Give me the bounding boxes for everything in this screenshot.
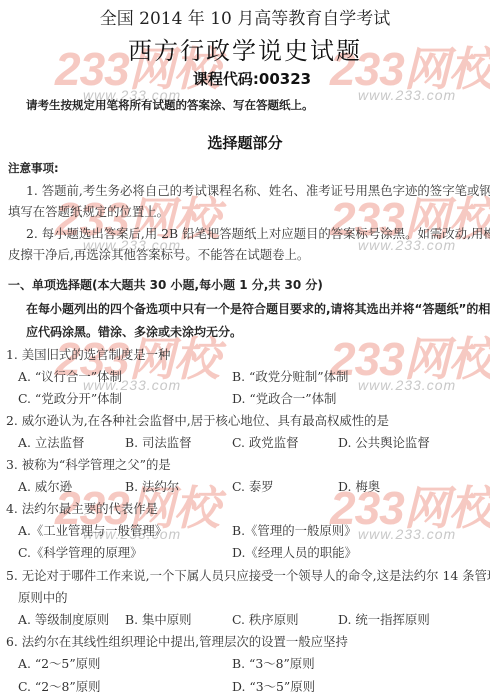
question-3-stem: 3. 被称为“科学管理之父”的是	[6, 455, 171, 473]
question-5-option-d: D. 统一指挥原则	[338, 610, 430, 628]
note-2-line-2: 皮擦干净后,再选涂其他答案标号。不能答在试题卷上。	[8, 245, 309, 263]
question-6-stem: 6. 法约尔在其线性组织理论中提出,管理层次的设置一般应坚持	[6, 632, 348, 650]
question-4-option-d: D.《经理人员的职能》	[232, 543, 357, 561]
question-6-option-b: B. “3～8”原则	[232, 654, 315, 672]
note-1-line-2: 填写在答题纸规定的位置上。	[8, 202, 169, 220]
exam-session-line: 全国 2014 年 10 月高等教育自学考试	[0, 4, 490, 29]
question-2-option-d: D. 公共舆论监督	[338, 433, 430, 451]
question-1-option-b: B. “政党分赃制”体制	[232, 367, 348, 385]
part-one-heading: 一、单项选择题(本大题共 30 小题,每小题 1 分,共 30 分)	[8, 276, 323, 293]
question-4-option-c: C.《科学管理的原理》	[18, 543, 143, 561]
exam-paper-page: 233网校 www.233.com 233网校 www.233.com 233网…	[0, 0, 490, 700]
question-1-option-d: D. “党政合一”体制	[232, 389, 336, 407]
question-5-option-c: C. 秩序原则	[232, 610, 298, 628]
question-4-option-b: B.《管理的一般原则》	[232, 521, 357, 539]
question-3-option-b: B. 法约尔	[125, 477, 179, 495]
question-2-stem: 2. 威尔逊认为,在各种社会监督中,居于核心地位、具有最高权威性的是	[6, 411, 389, 429]
question-3-option-d: D. 梅奥	[338, 477, 380, 495]
note-1-line-1: 1. 答题前,考生务必将自己的考试课程名称、姓名、准考证号用黑色字迹的签字笔或钢…	[26, 181, 490, 199]
paper-title: 西方行政学说史试题	[0, 31, 490, 66]
question-2-option-a: A. 立法监督	[18, 433, 84, 451]
question-2-option-c: C. 政党监督	[232, 433, 298, 451]
question-1-option-a: A. “议行合一”体制	[18, 367, 122, 385]
section-title: 选择题部分	[0, 132, 490, 153]
question-4-stem: 4. 法约尔最主要的代表作是	[6, 499, 158, 517]
question-5-stem-continued: 原则中的	[18, 588, 68, 606]
question-5-option-b: B. 集中原则	[125, 610, 192, 628]
part-one-directions-line-1: 在每小题列出的四个备选项中只有一个是符合题目要求的,请将其选出并将“答题纸”的相	[26, 300, 490, 317]
question-6-option-a: A. “2～5”原则	[18, 654, 100, 672]
question-2-option-b: B. 司法监督	[125, 433, 192, 451]
question-6-option-c: C. “2～8”原则	[18, 677, 101, 695]
course-code: 课程代码:00323	[0, 68, 490, 89]
question-4-option-a: A.《工业管理与一般管理》	[18, 521, 167, 539]
question-3-option-c: C. 泰罗	[232, 477, 274, 495]
part-one-directions-line-2: 应代码涂黑。错涂、多涂或未涂均无分。	[26, 323, 242, 340]
notes-heading: 注意事项:	[8, 160, 59, 176]
answer-instruction: 请考生按规定用笔将所有试题的答案涂、写在答题纸上。	[26, 97, 314, 113]
note-2-line-1: 2. 每小题选出答案后,用 2B 铅笔把答题纸上对应题目的答案标号涂黑。如需改动…	[26, 224, 490, 242]
question-5-option-a: A. 等级制度原则	[18, 610, 109, 628]
question-1-option-c: C. “党政分开”体制	[18, 389, 122, 407]
question-1-stem: 1. 美国旧式的选官制度是一种	[6, 345, 170, 363]
question-6-option-d: D. “3～5”原则	[232, 677, 315, 695]
question-3-option-a: A. 威尔逊	[18, 477, 72, 495]
watermark: 233网校 www.233.com	[330, 336, 490, 392]
question-5-stem: 5. 无论对于哪件工作来说,一个下属人员只应接受一个领导人的命令,这是法约尔 1…	[6, 566, 490, 584]
